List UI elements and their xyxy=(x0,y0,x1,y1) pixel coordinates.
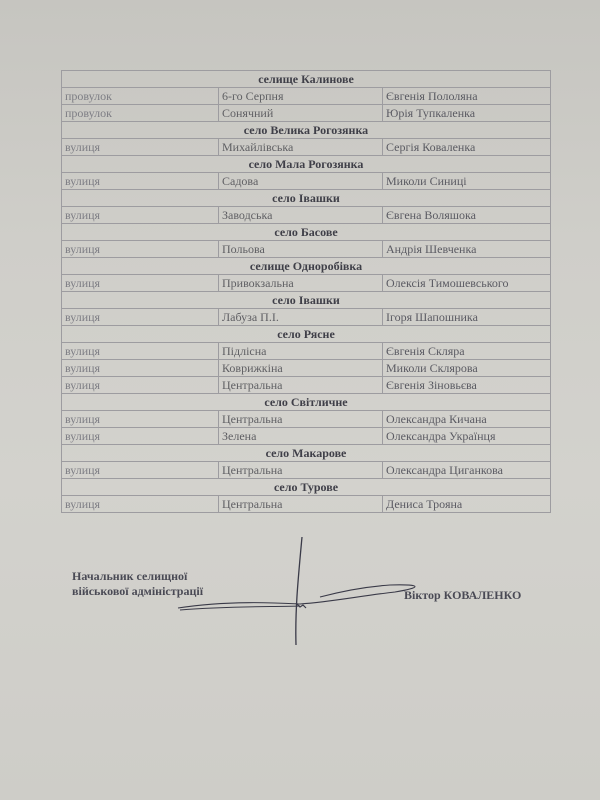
document-page: селище Калиновепровулок6-го СерпняЄвгені… xyxy=(0,0,600,800)
handwritten-signature xyxy=(0,0,600,800)
